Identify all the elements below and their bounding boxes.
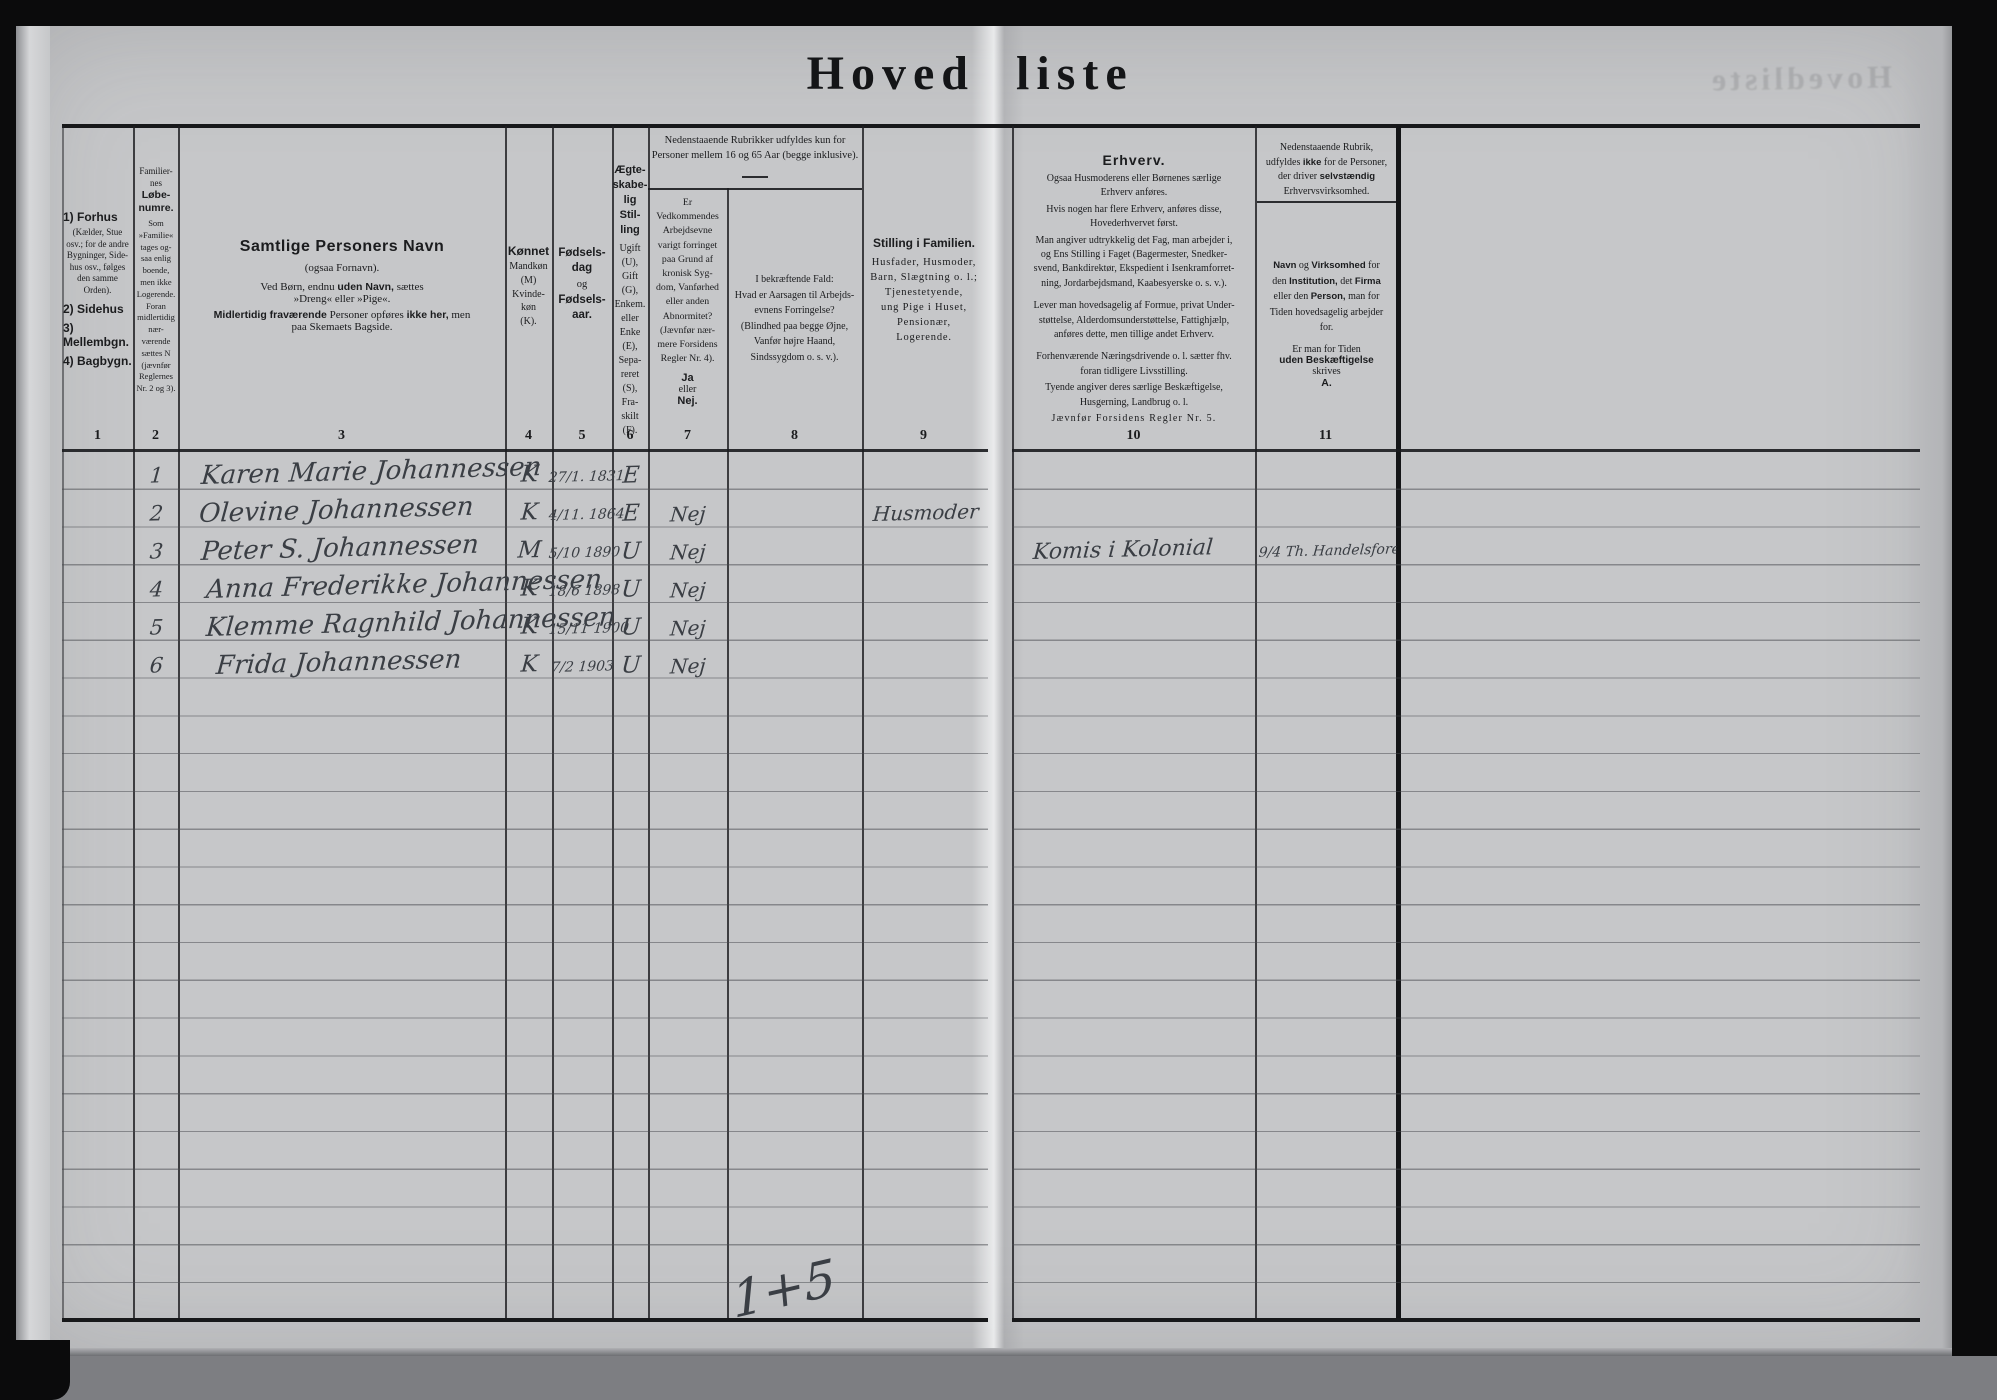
family-number-title-1: Familier- nes (134, 166, 178, 189)
entry-number: 4 (133, 577, 180, 602)
entry-ability-answer: Nej (650, 501, 726, 527)
employer-text: Navn og Virksomhed for den Institution, … (1259, 258, 1394, 336)
entry-marital: U (612, 576, 650, 603)
entry-sex: K (505, 461, 554, 488)
marital-heading: Ægte- skabe- lig Stil- ling (612, 163, 648, 238)
span-header-dash (742, 176, 768, 178)
building-item-1: 1) Forhus (63, 210, 132, 224)
occupation-p2: Hvis nogen har flere Erhverv, anføres di… (1016, 203, 1252, 232)
entry-family-position: Husmoder (872, 499, 980, 526)
top-rule (62, 124, 1920, 128)
name-rule-absent-2: paa Skemaets Bagside. (180, 321, 504, 333)
building-item-2: 2) Sidehus (63, 302, 132, 316)
entry-sex: K (505, 613, 554, 640)
entry-sex: K (505, 575, 554, 602)
ability-nej: Nej. (649, 395, 726, 407)
entry-birthdate: 18/6 1898 (548, 582, 617, 600)
column-number-7: 7 (648, 428, 727, 444)
scan-border-top (0, 0, 1997, 26)
bleed-through-title-ghost: Hovedliste (1660, 58, 1941, 100)
entry-number: 5 (133, 615, 180, 640)
column-number-9: 9 (862, 428, 985, 444)
entry-ability-answer: Nej (650, 577, 726, 603)
column-header-birthdate: Fødsels- dag og Fødsels- aar. (552, 246, 612, 323)
name-rule-absent: Midlertidig fraværende Personer opføres … (180, 309, 504, 321)
entry-sex: K (505, 499, 554, 526)
entry-birthdate: 7/2 1903 (548, 658, 617, 676)
name-rule-children: Ved Børn, endnu uden Navn, sættes (180, 281, 504, 293)
occupation-p7: Jævnfør Forsidens Regler Nr. 5. (1016, 413, 1252, 424)
span-header-line-2: Personer mellem 16 og 65 Aar (begge inkl… (650, 148, 860, 163)
name-heading: Samtlige Personers Navn (180, 238, 504, 256)
entry-birthdate: 27/1. 1831 (548, 468, 617, 486)
column-header-occupation: Erhverv. Ogsaa Husmoderens eller Børnene… (1016, 152, 1252, 424)
employer-no-work-4: A. (1259, 377, 1394, 389)
column-header-employer: Nedenstaaende Rubrik, udfyldes ikke for … (1259, 141, 1394, 199)
entry-marital: U (612, 614, 650, 641)
entry-birthdate: 4/11. 1864 (548, 506, 617, 524)
ability-question-text: Er Vedkommendes Arbejdsevne varigt forri… (649, 196, 726, 366)
occupation-p5: Forhenværende Næringsdrivende o. l. sætt… (1016, 350, 1252, 379)
entry-ability-answer: Nej (650, 615, 726, 641)
ability-cause-text: I bekræftende Fald: Hvad er Aarsagen til… (727, 272, 862, 365)
page-left-edge (16, 26, 50, 1356)
family-position-heading: Stilling i Familien. (864, 236, 984, 250)
name-rule-children-2: »Dreng« eller »Pige«. (180, 293, 504, 305)
occupation-p1: Ogsaa Husmoderens eller Børnenes særlige… (1016, 172, 1252, 201)
entry-occupation: Komis i Kolonial (1032, 535, 1214, 565)
employer-no-work-2: uden Beskæftigelse (1259, 355, 1394, 366)
entry-sex: K (505, 651, 554, 678)
entry-ability-answer: Nej (650, 653, 726, 679)
ability-eller: eller (649, 384, 726, 395)
column-header-name: Samtlige Personers Navn (ogsaa Fornavn).… (180, 238, 504, 333)
occupation-p4: Lever man hovedsagelig af Formue, privat… (1016, 299, 1252, 342)
entry-number: 1 (133, 463, 180, 488)
column-header-ability-question: Er Vedkommendes Arbejdsevne varigt forri… (649, 196, 726, 407)
span-header-line-1: Nedenstaaende Rubrikker udfyldes kun for (650, 133, 860, 148)
birthdate-heading-2: Fødsels- aar. (552, 293, 612, 323)
occupation-p3: Man angiver udtrykkelig det Fag, man arb… (1016, 234, 1252, 292)
column-number-2: 2 (133, 428, 178, 444)
bottom-border-right-page (1012, 1318, 1920, 1322)
page-title-left: Hoved (795, 46, 975, 101)
entry-marital: U (612, 652, 650, 679)
scan-border-left (0, 0, 16, 1400)
family-number-title-2: Løbe- numre. (134, 189, 178, 214)
column-header-building: 1) Forhus (Kælder, Stue osv.; for de and… (63, 210, 132, 368)
ability-ja: Ja (649, 372, 726, 384)
family-position-list: Husfader, Husmoder, Barn, Slægtning o. l… (864, 255, 984, 345)
scan-border-right (1952, 0, 1997, 1400)
span-header-work-ability: Nedenstaaende Rubrikker udfyldes kun for… (650, 133, 860, 163)
column-header-employer-main: Navn og Virksomhed for den Institution, … (1259, 258, 1394, 389)
employer-no-work-1: Er man for Tiden (1259, 344, 1394, 355)
name-sub: (ogsaa Fornavn). (180, 262, 504, 274)
column-number-6: 6 (612, 428, 648, 444)
column-header-family-position: Stilling i Familien. Husfader, Husmoder,… (864, 236, 984, 345)
entry-birthdate: 5/10 1890 (548, 544, 617, 562)
bottom-border-left-page (62, 1318, 988, 1322)
scan-corner-bottom-left (0, 1340, 70, 1400)
entry-ability-answer: Nej (650, 539, 726, 565)
birthdate-og: og (552, 279, 612, 290)
birthdate-heading-1: Fødsels- dag (552, 246, 612, 276)
sheet-bottom-shadow (16, 1348, 1952, 1356)
column-header-marital-status: Ægte- skabe- lig Stil- ling Ugift (U), G… (612, 163, 648, 438)
entry-number: 3 (133, 539, 180, 564)
census-scan-page: Hoved liste Hovedliste 1) Forhus (Kælder… (0, 0, 1997, 1400)
ruled-rows-right-page (1012, 452, 1920, 1321)
column-number-10: 10 (1012, 428, 1255, 444)
entry-number: 2 (133, 501, 180, 526)
column-header-sex: Kønnet Mandkøn (M) Kvinde- køn (K). (505, 244, 552, 329)
sex-codes: Mandkøn (M) Kvinde- køn (K). (505, 260, 552, 329)
column-number-8: 8 (727, 428, 862, 444)
scan-border-bottom (0, 1356, 1997, 1400)
entry-marital: E (612, 462, 650, 489)
occupation-p6: Tyende angiver deres særlige Beskæftigel… (1016, 381, 1252, 410)
entry-marital: E (612, 500, 650, 527)
column-number-5: 5 (552, 428, 612, 444)
col11-divider-line (1257, 201, 1396, 203)
column-number-1: 1 (62, 428, 133, 444)
span-header-underline (648, 188, 862, 190)
building-item-4: 4) Bagbygn. (63, 354, 132, 368)
column-header-family-number: Familier- nes Løbe- numre. Som »Familie«… (134, 166, 178, 395)
marital-codes: Ugift (U), Gift (G), Enkem. eller Enke (… (612, 242, 648, 438)
entry-sex: M (505, 537, 554, 564)
building-item-3: 3) Mellembgn. (63, 321, 132, 349)
entry-marital: U (612, 538, 650, 565)
column-number-4: 4 (505, 428, 552, 444)
occupation-heading: Erhverv. (1016, 152, 1252, 168)
employer-no-work-3: skrives (1259, 366, 1394, 377)
column-number-11: 11 (1255, 428, 1396, 444)
entry-birthdate: 15/11 1900 (548, 620, 617, 638)
building-note: (Kælder, Stue osv.; for de andre Bygning… (63, 227, 132, 296)
family-number-note: Som »Familie« tages og- saa enlig boende… (134, 218, 178, 395)
page-title-right: liste (1016, 46, 1134, 101)
employer-note: Nedenstaaende Rubrik, udfyldes ikke for … (1259, 141, 1394, 199)
entry-number: 6 (133, 653, 180, 678)
sex-heading: Kønnet (505, 244, 552, 258)
column-header-ability-cause: I bekræftende Fald: Hvad er Aarsagen til… (727, 272, 862, 365)
column-number-3: 3 (178, 428, 505, 444)
